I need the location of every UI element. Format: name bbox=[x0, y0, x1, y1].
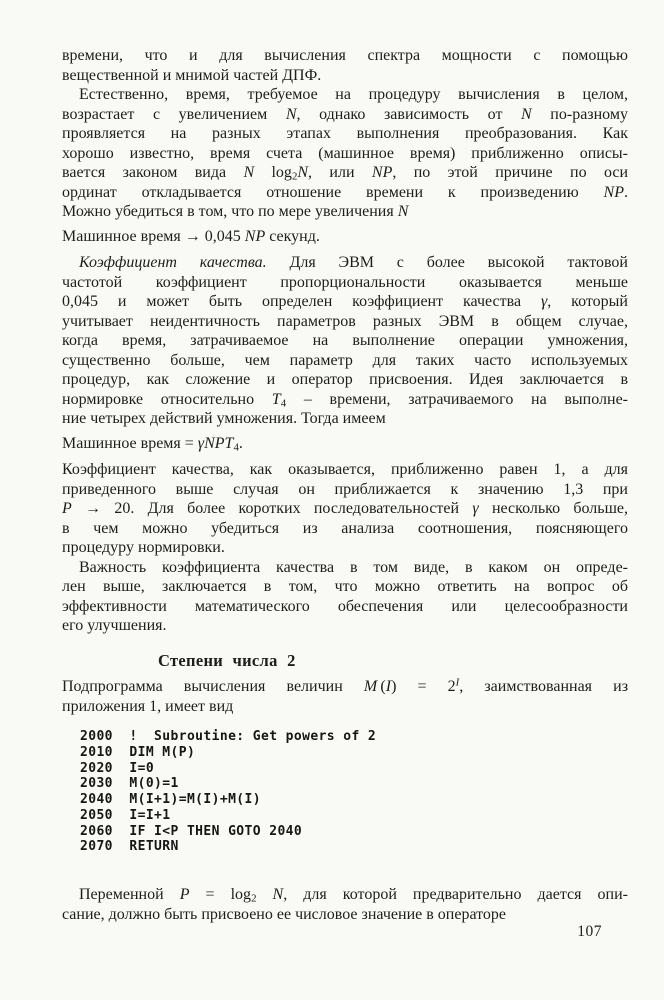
paragraph-line: в чем можно убедиться из анализа соотнош… bbox=[62, 519, 628, 539]
formula-line: Машинное время → 0,045 NP секунд. bbox=[62, 227, 628, 247]
paragraph-line: Важность коэффициента качества в том вид… bbox=[62, 558, 628, 578]
paragraph: Коэффициент качества, как оказывается, п… bbox=[62, 460, 628, 558]
paragraph-line: лен выше, заключается в том, что можно о… bbox=[62, 577, 628, 597]
paragraph-line: учитывает неидентичность параметров разн… bbox=[62, 312, 628, 332]
paragraph: Переменной P = log2 N, для которой предв… bbox=[62, 885, 628, 924]
paragraph-line: его улучшения. bbox=[62, 616, 628, 636]
code-line: 2020 I=0 bbox=[80, 761, 628, 777]
code-line: 2040 M(I+1)=M(I)+M(I) bbox=[80, 792, 628, 808]
paragraph-line: Естественно, время, требуемое на процеду… bbox=[62, 85, 628, 105]
paragraph: времени, что и для вычисления спектра мо… bbox=[62, 46, 628, 85]
paragraph-line: Подпрограмма вычисления величин M (I) = … bbox=[62, 677, 628, 697]
paragraph-line: приложения 1, имеет вид bbox=[62, 697, 628, 717]
code-line: 2070 RETURN bbox=[80, 839, 628, 855]
section-heading: Степени числа 2 bbox=[158, 651, 628, 671]
code-listing: 2000 ! Subroutine: Get powers of 22010 D… bbox=[80, 729, 628, 855]
code-line: 2010 DIM M(P) bbox=[80, 745, 628, 761]
paragraph: Важность коэффициента качества в том вид… bbox=[62, 558, 628, 636]
code-line: 2030 M(0)=1 bbox=[80, 776, 628, 792]
paragraph-line: нормировке относительно T4 – времени, за… bbox=[62, 390, 628, 410]
paragraph-line: сание, должно быть присвоено ее числовое… bbox=[62, 905, 628, 925]
paragraph-line: Коэффициент качества, как оказывается, п… bbox=[62, 460, 628, 480]
paragraph: Подпрограмма вычисления величин M (I) = … bbox=[62, 677, 628, 716]
code-line: 2000 ! Subroutine: Get powers of 2 bbox=[80, 729, 628, 745]
formula-line: Машинное время = γNPT4. bbox=[62, 434, 628, 454]
paragraph: Естественно, время, требуемое на процеду… bbox=[62, 85, 628, 222]
paragraph-line: Переменной P = log2 N, для которой предв… bbox=[62, 885, 628, 905]
paragraph-line: частотой коэффициент пропорциональности … bbox=[62, 273, 628, 293]
paragraph-line: эффективности математического обеспечени… bbox=[62, 597, 628, 617]
paragraph-line: P → 20. Для более коротких последователь… bbox=[62, 499, 628, 519]
paragraph-line: вается законом вида N log2N, или NP, по … bbox=[62, 163, 628, 183]
paragraph-line: ординат откладывается отношение времени … bbox=[62, 183, 628, 203]
page-number: 107 bbox=[577, 922, 602, 942]
paragraph-line: Коэффициент качества. Для ЭВМ с более вы… bbox=[62, 253, 628, 273]
paragraph-line: когда время, затрачиваемое на выполнение… bbox=[62, 331, 628, 351]
paragraph: Коэффициент качества. Для ЭВМ с более вы… bbox=[62, 253, 628, 429]
paragraph-line: существенно больше, чем параметр для так… bbox=[62, 351, 628, 371]
text-column: времени, что и для вычисления спектра мо… bbox=[62, 46, 628, 924]
paragraph-line: вещественной и мнимой частей ДПФ. bbox=[62, 66, 628, 86]
paragraph-line: приведенного выше случая он приближается… bbox=[62, 480, 628, 500]
paragraph-line: возрастает с увеличением N, однако завис… bbox=[62, 105, 628, 125]
paragraph-line: ние четырех действий умножения. Тогда им… bbox=[62, 409, 628, 429]
paragraph-line: времени, что и для вычисления спектра мо… bbox=[62, 46, 628, 66]
paragraph-line: Можно убедиться в том, что по мере увели… bbox=[62, 202, 628, 222]
paragraph-line: процедуру нормировки. bbox=[62, 538, 628, 558]
paragraph-line: 0,045 и может быть определен коэффициент… bbox=[62, 292, 628, 312]
paragraph-line: проявляется на разных этапах выполнения … bbox=[62, 124, 628, 144]
code-line: 2060 IF I<P THEN GOTO 2040 bbox=[80, 824, 628, 840]
code-line: 2050 I=I+1 bbox=[80, 808, 628, 824]
paragraph-line: хорошо известно, время счета (машинное в… bbox=[62, 144, 628, 164]
paragraph-line: процедур, как сложение и оператор присво… bbox=[62, 370, 628, 390]
page: времени, что и для вычисления спектра мо… bbox=[0, 0, 664, 1000]
